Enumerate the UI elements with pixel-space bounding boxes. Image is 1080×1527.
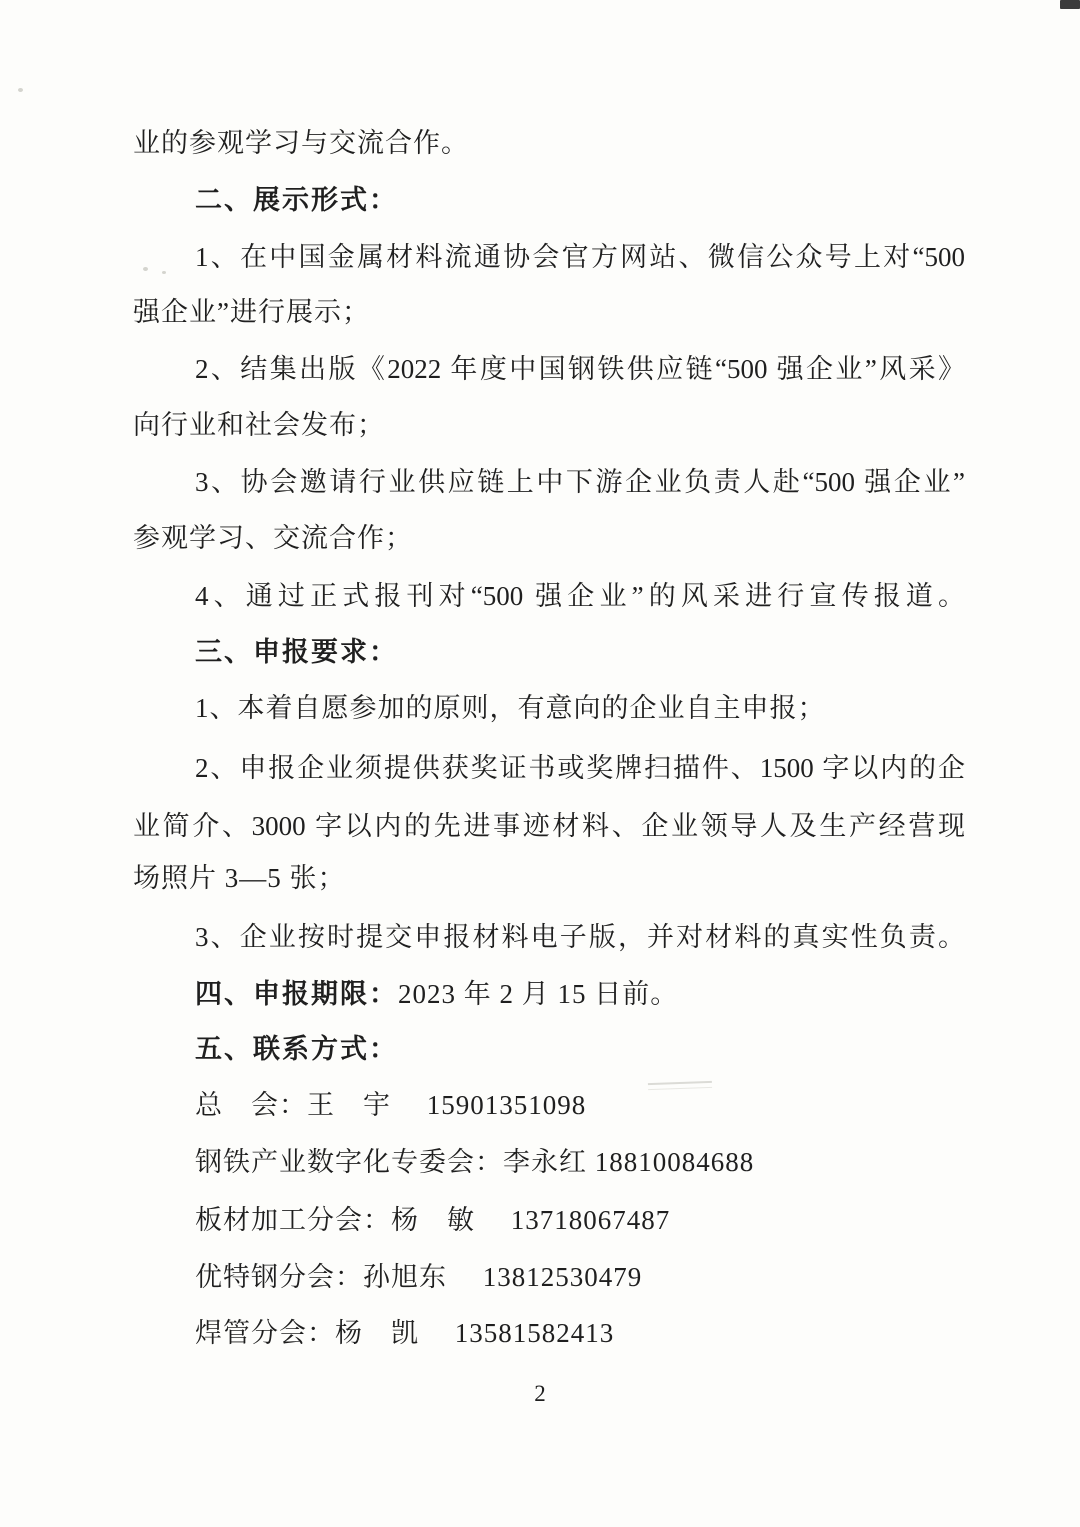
line-text: 2、结集出版《2022 年度中国钢铁供应链“500 强企业”风采》 — [195, 354, 965, 384]
line-text: 4、通过正式报刊对“500 强企业”的风采进行宣传报道。 — [195, 581, 965, 611]
contact-text: 优特钢分会：孙旭东 13812530479 — [195, 1262, 642, 1292]
paragraph-continuation-line: 强企业”进行展示； — [133, 284, 965, 340]
list-item-line: 1、本着自愿参加的原则，有意向的企业自主申报； — [133, 680, 965, 736]
scan-speck-artifact — [18, 88, 23, 92]
contact-text: 板材加工分会：杨 敏 13718067487 — [195, 1205, 670, 1235]
contact-text: 总 会：王 宇 15901351098 — [195, 1090, 586, 1120]
heading-text: 四、申报期限： — [195, 979, 398, 1009]
scan-corner-artifact — [1060, 0, 1080, 9]
heading-text: 三、申报要求： — [195, 637, 398, 667]
document-page: 业的参观学习与交流合作。 二、展示形式： 1、在中国金属材料流通协会官方网站、微… — [0, 0, 1080, 1527]
scan-speck-artifact — [162, 271, 166, 274]
section-heading-application-deadline: 四、申报期限：2023 年 2 月 15 日前。 — [133, 966, 965, 1022]
heading-text: 二、展示形式： — [195, 185, 398, 215]
scan-speck-artifact — [143, 267, 148, 271]
line-text: 1、本着自愿参加的原则，有意向的企业自主申报； — [195, 693, 826, 723]
list-item-line: 2、申报企业须提供获奖证书或奖牌扫描件、1500 字以内的企 — [133, 740, 965, 796]
line-text: 参观学习、交流合作； — [133, 523, 413, 553]
contact-line-special-steel-branch: 优特钢分会：孙旭东 13812530479 — [133, 1249, 965, 1305]
contact-text: 钢铁产业数字化专委会：李永红 18810084688 — [195, 1147, 754, 1177]
contact-line-steel-digitalization-committee: 钢铁产业数字化专委会：李永红 18810084688 — [133, 1134, 965, 1190]
list-item-line: 3、企业按时提交申报材料电子版，并对材料的真实性负责。 — [133, 909, 965, 965]
deadline-date-text: 2023 年 2 月 15 日前。 — [398, 979, 678, 1009]
section-heading-contact-info: 五、联系方式： — [133, 1021, 965, 1077]
paragraph-continuation-line: 参观学习、交流合作； — [133, 510, 965, 566]
line-text: 业的参观学习与交流合作。 — [133, 128, 469, 158]
line-text: 3、协会邀请行业供应链上中下游企业负责人赴“500 强企业” — [195, 467, 965, 497]
paragraph-continuation-line: 场照片 3—5 张； — [133, 850, 965, 906]
line-text: 3、企业按时提交申报材料电子版，并对材料的真实性负责。 — [195, 922, 965, 952]
line-text: 业简介、3000 字以内的先进事迹材料、企业领导人及生产经营现 — [133, 811, 965, 841]
contact-line-head-office: 总 会：王 宇 15901351098 — [133, 1077, 965, 1133]
line-text: 1、在中国金属材料流通协会官方网站、微信公众号上对“500 — [195, 242, 965, 272]
contact-text: 焊管分会：杨 凯 13581582413 — [195, 1318, 614, 1348]
list-item-line: 2、结集出版《2022 年度中国钢铁供应链“500 强企业”风采》 — [133, 341, 965, 397]
line-text: 向行业和社会发布； — [133, 410, 385, 440]
paragraph-continuation-line: 向行业和社会发布； — [133, 397, 965, 453]
list-item-line: 3、协会邀请行业供应链上中下游企业负责人赴“500 强企业” — [133, 454, 965, 510]
line-text: 强企业”进行展示； — [133, 297, 370, 327]
section-heading-application-requirements: 三、申报要求： — [133, 624, 965, 680]
heading-text: 五、联系方式： — [195, 1034, 398, 1064]
paragraph-continuation-line: 业的参观学习与交流合作。 — [133, 115, 965, 171]
line-text: 场照片 3—5 张； — [133, 863, 346, 893]
paragraph-continuation-line: 业简介、3000 字以内的先进事迹材料、企业领导人及生产经营现 — [133, 798, 965, 854]
page-number: 2 — [0, 1374, 1080, 1414]
line-text: 2、申报企业须提供获奖证书或奖牌扫描件、1500 字以内的企 — [195, 753, 965, 783]
contact-line-welded-pipe-branch: 焊管分会：杨 凯 13581582413 — [133, 1305, 965, 1361]
section-heading-display-format: 二、展示形式： — [133, 172, 965, 228]
contact-line-plate-processing-branch: 板材加工分会：杨 敏 13718067487 — [133, 1192, 965, 1248]
list-item-line: 1、在中国金属材料流通协会官方网站、微信公众号上对“500 — [133, 229, 965, 285]
list-item-line: 4、通过正式报刊对“500 强企业”的风采进行宣传报道。 — [133, 568, 965, 624]
